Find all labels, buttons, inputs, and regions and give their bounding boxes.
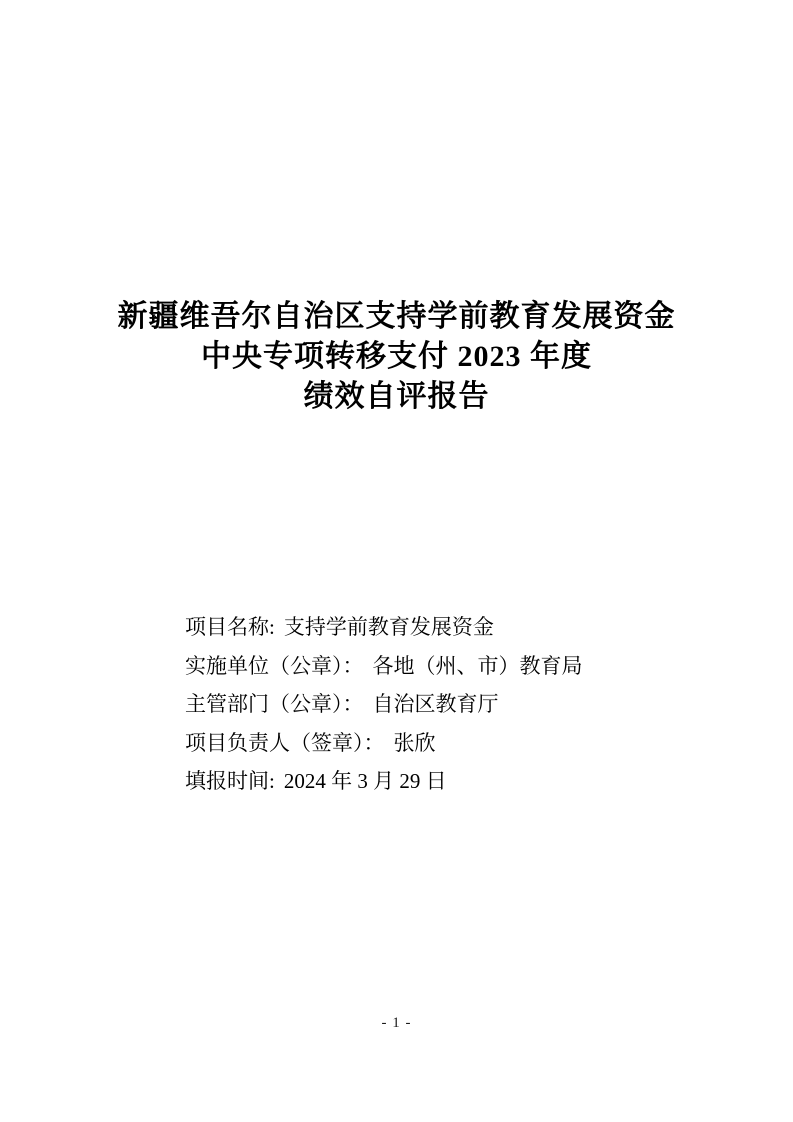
field-project-leader-label: 项目负责人（签章）： [185,731,385,755]
field-project-name: 项目名称:支持学前教育发展资金 [185,608,683,647]
title-line-2: 中央专项转移支付 2023 年度 [0,337,793,377]
page-number: - 1 - [0,1012,793,1034]
field-implementing-unit-label: 实施单位（公章）： [185,654,364,678]
field-supervising-department-value: 自治区教育厅 [373,692,499,716]
field-project-leader: 项目负责人（签章）：张欣 [185,724,683,763]
field-implementing-unit-value: 各地（州、市）教育局 [373,654,583,678]
field-report-date-label: 填报时间: [185,769,275,793]
field-project-name-label: 项目名称: [185,615,275,639]
field-implementing-unit: 实施单位（公章）：各地（州、市）教育局 [185,647,683,686]
field-project-name-value: 支持学前教育发展资金 [284,615,494,639]
field-report-date-value: 2024 年 3 月 29 日 [284,769,447,793]
field-report-date: 填报时间:2024 年 3 月 29 日 [185,762,683,801]
title-line-3: 绩效自评报告 [0,377,793,417]
field-supervising-department: 主管部门（公章）：自治区教育厅 [185,685,683,724]
field-project-leader-value: 张欣 [394,731,436,755]
document-page: 新疆维吾尔自治区支持学前教育发展资金 中央专项转移支付 2023 年度 绩效自评… [0,0,793,1122]
title-line-1: 新疆维吾尔自治区支持学前教育发展资金 [0,297,793,337]
field-supervising-department-label: 主管部门（公章）： [185,692,364,716]
document-title: 新疆维吾尔自治区支持学前教育发展资金 中央专项转移支付 2023 年度 绩效自评… [0,297,793,417]
cover-fields: 项目名称:支持学前教育发展资金 实施单位（公章）：各地（州、市）教育局 主管部门… [185,608,683,801]
